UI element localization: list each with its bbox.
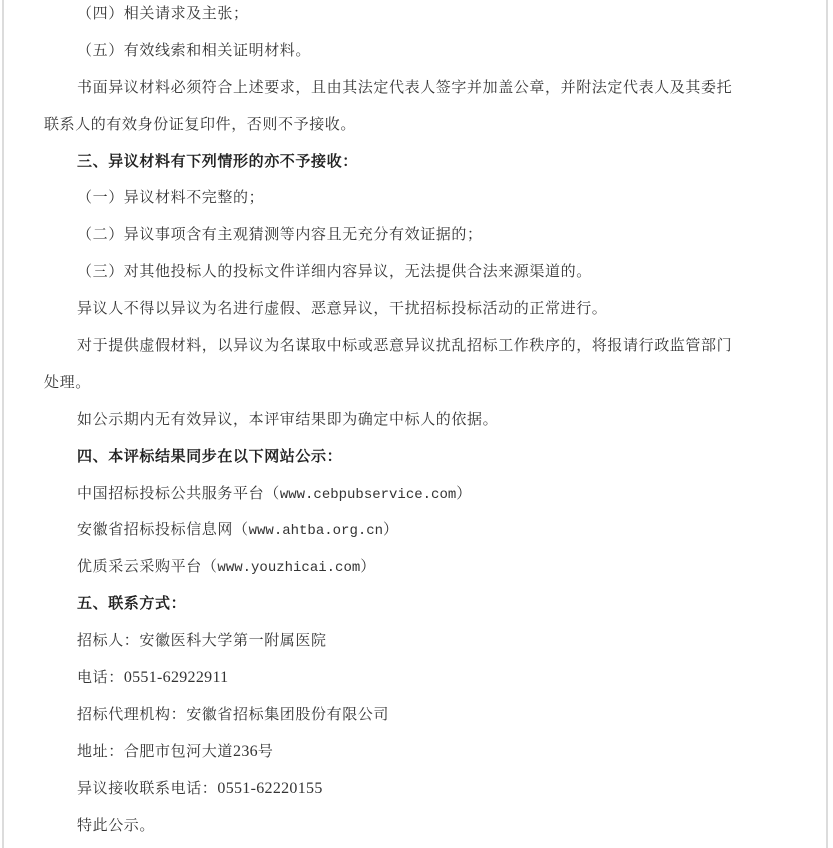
phone-label: 电话：: [77, 668, 124, 686]
section-five-heading: 五、联系方式：: [44, 585, 794, 622]
item-five: （五）有效线索和相关证明材料。: [44, 32, 794, 69]
paren-open: （: [264, 484, 280, 502]
address-label: 地址：: [77, 742, 124, 760]
section-four-heading: 四、本评标结果同步在以下网站公示：: [44, 438, 794, 475]
item-four: （四）相关请求及主张；: [44, 0, 794, 32]
site-item: 中国招标投标公共服务平台（www.cebpubservice.com）: [44, 475, 794, 512]
paren-close: ）: [360, 557, 376, 575]
agency-label: 招标代理机构：: [77, 705, 186, 723]
section-three-item-1: （一）异议材料不完整的；: [44, 179, 794, 216]
objection-phone-label: 异议接收联系电话：: [77, 779, 217, 797]
tenderer-line: 招标人：安徽医科大学第一附属医院: [44, 622, 794, 659]
site-name: 中国招标投标公共服务平台: [77, 484, 264, 502]
paren-open: （: [202, 557, 218, 575]
address-suffix: 号: [258, 742, 274, 760]
site-url-link[interactable]: www.youzhicai.com: [217, 560, 360, 576]
paren-close: ）: [383, 520, 399, 538]
site-url-link[interactable]: www.ahtba.org.cn: [249, 523, 383, 539]
penalty-paragraph-cont: 处理。: [44, 364, 794, 401]
agency-value: 安徽省招标集团股份有限公司: [186, 705, 389, 723]
address-line: 地址：合肥市包河大道236号: [44, 733, 794, 770]
written-objection-paragraph-cont: 联系人的有效身份证复印件，否则不予接收。: [44, 106, 794, 143]
section-three-heading: 三、异议材料有下列情形的亦不予接收：: [44, 143, 794, 180]
site-name: 安徽省招标投标信息网: [77, 520, 233, 538]
site-name: 优质采云采购平台: [77, 557, 202, 575]
tenderer-label: 招标人：: [77, 631, 139, 649]
paren-open: （: [233, 520, 249, 538]
agency-line: 招标代理机构：安徽省招标集团股份有限公司: [44, 696, 794, 733]
closing-line: 特此公示。: [44, 807, 794, 844]
objection-phone-value: 0551-62220155: [217, 780, 322, 797]
site-item: 优质采云采购平台（www.youzhicai.com）: [44, 548, 794, 585]
address-number: 236: [233, 743, 258, 760]
paren-close: ）: [456, 484, 472, 502]
false-objection-paragraph: 异议人不得以异议为名进行虚假、恶意异议，干扰招标投标活动的正常进行。: [44, 290, 794, 327]
objection-phone-line: 异议接收联系电话：0551-62220155: [44, 770, 794, 807]
phone-value: 0551-62922911: [124, 669, 229, 686]
site-item: 安徽省招标投标信息网（www.ahtba.org.cn）: [44, 511, 794, 548]
no-objection-paragraph: 如公示期内无有效异议，本评审结果即为确定中标人的依据。: [44, 401, 794, 438]
written-objection-paragraph: 书面异议材料必须符合上述要求，且由其法定代表人签字并加盖公章，并附法定代表人及其…: [44, 69, 794, 106]
address-prefix: 合肥市包河大道: [124, 742, 233, 760]
document-frame: （四）相关请求及主张； （五）有效线索和相关证明材料。 书面异议材料必须符合上述…: [2, 0, 828, 848]
section-three-item-2: （二）异议事项含有主观猜测等内容且无充分有效证据的；: [44, 216, 794, 253]
tenderer-value: 安徽医科大学第一附属医院: [139, 631, 326, 649]
penalty-paragraph: 对于提供虚假材料，以异议为名谋取中标或恶意异议扰乱招标工作秩序的，将报请行政监管…: [44, 327, 794, 364]
section-three-item-3: （三）对其他投标人的投标文件详细内容异议，无法提供合法来源渠道的。: [44, 253, 794, 290]
site-url-link[interactable]: www.cebpubservice.com: [280, 487, 456, 503]
document-body: （四）相关请求及主张； （五）有效线索和相关证明材料。 书面异议材料必须符合上述…: [44, 0, 794, 843]
phone-line: 电话：0551-62922911: [44, 659, 794, 696]
